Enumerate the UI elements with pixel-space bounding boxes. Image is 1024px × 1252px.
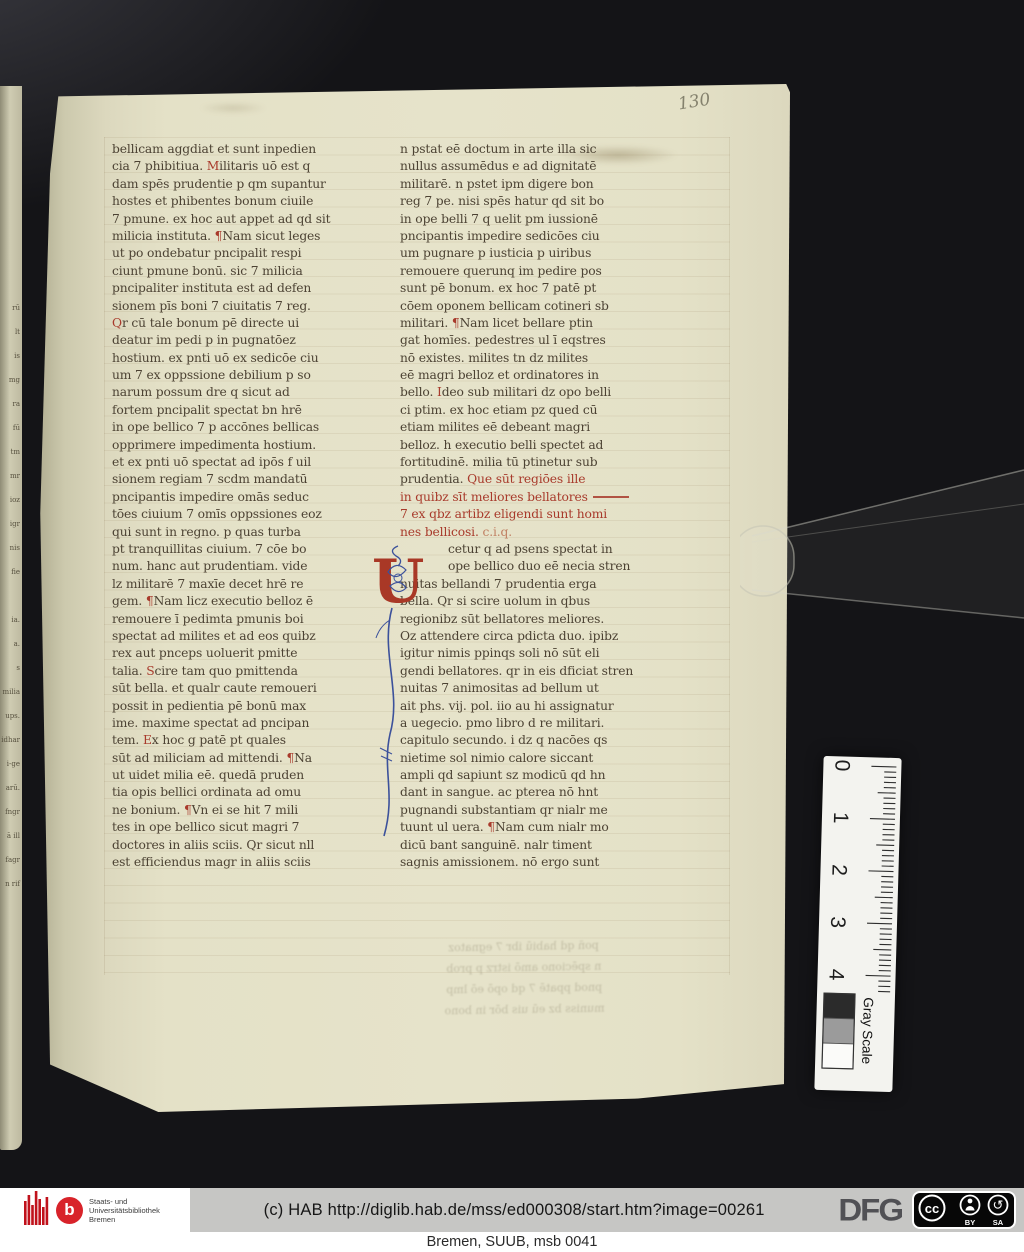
svg-text:Gray Scale: Gray Scale xyxy=(859,997,876,1064)
edge-fragments: rūltismgrafūtmmriozigrnisfie ia.a.smilia… xyxy=(0,86,22,1150)
svg-text:SA: SA xyxy=(993,1218,1004,1227)
library-panel: b Staats- und Universitätsbibliothek Bre… xyxy=(0,1188,190,1232)
footer-logos: DFG cc BY ↺ SA xyxy=(838,1188,1024,1232)
column-right: n pstat eē doctum in arte illa sicnullus… xyxy=(400,142,688,872)
svg-text:cc: cc xyxy=(925,1201,939,1216)
cc-sa-arrow-icon: ↺ SA xyxy=(989,1196,1008,1228)
library-name: Staats- und Universitätsbibliothek Breme… xyxy=(89,1197,160,1224)
dfg-logo: DFG xyxy=(838,1192,902,1228)
folio-number: 130 xyxy=(677,90,712,115)
svg-text:↺: ↺ xyxy=(993,1199,1004,1214)
scan-stage: rūltismgrafūtmmriozigrnisfie ia.a.smilia… xyxy=(0,0,1024,1252)
svg-text:4: 4 xyxy=(824,968,847,981)
copyright-line: (c) HAB http://diglib.hab.de/mss/ed00030… xyxy=(190,1188,838,1232)
page-holder-clip xyxy=(740,460,1024,640)
svg-text:BY: BY xyxy=(965,1218,975,1227)
svg-text:0: 0 xyxy=(830,759,853,771)
suub-b-logo: b xyxy=(56,1197,83,1224)
footer-bar: b Staats- und Universitätsbibliothek Bre… xyxy=(0,1188,1024,1232)
library-name-line: Universitätsbibliothek xyxy=(89,1206,160,1215)
svg-text:2: 2 xyxy=(827,864,850,876)
cc-by-person-icon: BY xyxy=(961,1196,980,1228)
library-name-line: Bremen xyxy=(89,1215,160,1224)
parchment-stain xyxy=(188,100,278,116)
svg-text:3: 3 xyxy=(826,916,849,928)
decorated-initial: U xyxy=(368,542,438,842)
suub-b-letter: b xyxy=(64,1200,74,1220)
showthrough-text: poñ qd habiū ibr 7 egnatozn spēciono amō… xyxy=(392,934,655,1023)
column-left: bellicam aggdiat et sunt inpediencia 7 p… xyxy=(112,142,392,872)
suub-bars-logo xyxy=(24,1191,50,1229)
gray-scale-ruler: 01234Gray Scale xyxy=(814,756,901,1092)
library-name-line: Staats- und xyxy=(89,1197,160,1206)
shelfmark: Bremen, SUUB, msb 0041 xyxy=(0,1232,1024,1252)
svg-text:1: 1 xyxy=(829,812,852,824)
manuscript-page: 130 bellicam aggdiat et sunt inpediencia… xyxy=(38,84,790,1114)
cc-license-badge: cc BY ↺ SA xyxy=(912,1191,1016,1229)
